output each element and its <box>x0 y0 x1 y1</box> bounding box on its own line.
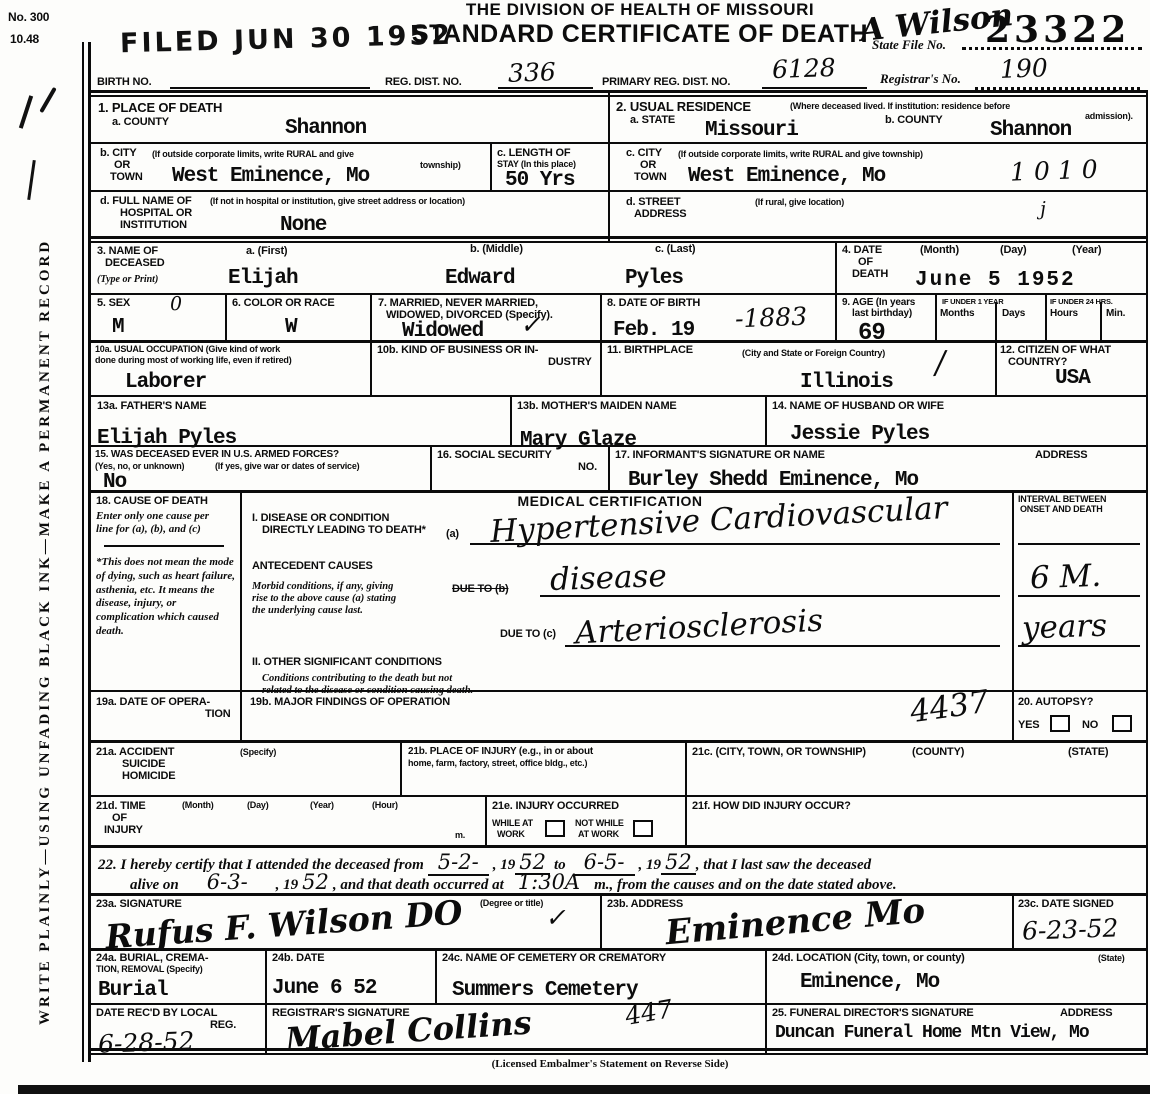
rule <box>90 795 1148 797</box>
residence-city-label-town: TOWN <box>634 171 667 184</box>
name-last-label: c. (Last) <box>655 243 695 256</box>
autopsy-yes-label: YES <box>1018 719 1039 732</box>
rule <box>90 395 1148 397</box>
age-value: 69 <box>858 322 885 346</box>
certify-alive-value: 6-3- <box>183 872 272 895</box>
embalmer-note: (Licensed Embalmer's Statement on Revers… <box>400 1058 820 1070</box>
primary-reg-value: 6128 <box>772 55 836 82</box>
not-while-label2: AT WORK <box>578 829 619 839</box>
rule <box>400 740 402 795</box>
occupation-value: Laborer <box>125 372 206 393</box>
rule <box>90 142 1148 144</box>
birth-no-blank <box>170 86 370 89</box>
rule <box>1012 490 1014 740</box>
name-label3: (Type or Print) <box>97 274 158 287</box>
date-operation-label: 19a. DATE OF OPERA- <box>96 696 210 709</box>
birthplace-value: Illinois <box>800 372 893 393</box>
date-operation-label2: TION <box>205 708 230 721</box>
rule <box>90 1003 1148 1005</box>
certify-19c: , 19 <box>276 876 299 894</box>
street-address-note: (If rural, give location) <box>755 197 844 207</box>
spouse-value: Jessie Pyles <box>790 424 929 445</box>
business-label: 10b. KIND OF BUSINESS OR IN- <box>377 344 538 357</box>
date-recd-value: 6-28-52 <box>98 1028 195 1056</box>
funeral-director-label: 25. FUNERAL DIRECTOR'S SIGNATURE <box>772 1007 974 1020</box>
cause-note3: *This does not mean the mode of dying, s… <box>96 556 236 639</box>
spouse-label: 14. NAME OF HUSBAND OR WIFE <box>772 400 944 413</box>
rule <box>430 445 432 490</box>
rule <box>90 293 1148 295</box>
hospital-note: (If not in hospital or institution, give… <box>210 196 465 206</box>
not-while-label: NOT WHILE <box>575 818 624 828</box>
time-hour-label: (Hour) <box>372 800 398 810</box>
age-under-year-label: IF UNDER 1 YEAR <box>942 298 1003 307</box>
usual-residence-note2: admission). <box>1085 111 1133 121</box>
time-injury-label3: INJURY <box>104 824 143 837</box>
form-title-line2: STANDARD CERTIFICATE OF DEATH <box>360 20 920 49</box>
while-at-work-label: WHILE AT <box>492 818 533 828</box>
due-to-c-tag: DUE TO (c) <box>500 628 556 641</box>
cause-note2: line for (a), (b), and (c) <box>96 523 201 537</box>
state-file-no-value: 23322 <box>985 12 1130 48</box>
physician-signature-label: 23a. SIGNATURE <box>96 898 182 911</box>
cause-note1: Enter only one cause per <box>96 510 209 524</box>
funeral-director-value: Duncan Funeral Home Mtn View, Mo <box>775 1024 1089 1042</box>
birthplace-hand-mark: / <box>934 348 946 379</box>
burial-location-state-label: (State) <box>1098 953 1125 963</box>
cemetery-label: 24c. NAME OF CEMETERY OR CREMATORY <box>442 952 666 965</box>
date-signed-value: 6-23-52 <box>1022 915 1119 943</box>
while-at-work-checkbox <box>545 820 565 837</box>
rule <box>370 293 372 340</box>
findings-hand: 4437 <box>908 687 990 729</box>
accident-label3: HOMICIDE <box>122 770 175 783</box>
sex-value: M <box>112 317 124 338</box>
interval-c-value: years <box>1021 611 1107 645</box>
state-file-no-label: State File No. <box>872 38 946 51</box>
usual-residence-note: (Where deceased lived. If institution: r… <box>790 101 1010 111</box>
not-while-checkbox <box>633 820 653 837</box>
physician-signature-check: ✓ <box>545 905 567 931</box>
name-middle-value: Edward <box>445 268 515 289</box>
mother-label: 13b. MOTHER'S MAIDEN NAME <box>517 400 677 413</box>
place-of-death-title: 1. PLACE OF DEATH <box>98 100 222 115</box>
physician-address-label: 23b. ADDRESS <box>607 898 683 911</box>
hospital-label3: INSTITUTION <box>120 219 187 232</box>
occupation-label2: done during most of working life, even i… <box>95 355 292 366</box>
dod-value: June 5 1952 <box>915 270 1076 291</box>
residence-state-value: Missouri <box>705 120 798 141</box>
armed-forces-note2: (If yes, give war or dates of service) <box>215 461 359 471</box>
interval-label2: ONSET AND DEATH <box>1020 504 1103 515</box>
rule <box>1045 293 1047 340</box>
due-to-c-value: Arteriosclerosis <box>574 606 823 650</box>
registrar-no-value: 190 <box>1000 55 1049 82</box>
dod-day-label: (Day) <box>1000 244 1027 257</box>
margin-rule <box>82 42 84 1062</box>
armed-forces-value: No <box>103 472 126 493</box>
pen-mark <box>27 160 36 200</box>
rule <box>600 340 602 395</box>
rule <box>90 190 1148 192</box>
burial-location-value: Eminence, Mo <box>800 972 939 993</box>
burial-value: Burial <box>98 980 168 1001</box>
rule <box>765 395 767 445</box>
armed-forces-note1: (Yes, no, or unknown) <box>95 461 184 471</box>
burial-date-value: June 6 52 <box>272 978 376 999</box>
burial-date-label: 24b. DATE <box>272 952 324 965</box>
street-address-hand: j <box>1040 200 1047 219</box>
injury-occurred-label: 21e. INJURY OCCURRED <box>492 800 619 813</box>
place-county-value: Shannon <box>285 118 366 139</box>
date-signed-label: 23c. DATE SIGNED <box>1018 898 1114 911</box>
rule <box>995 340 997 395</box>
registrar-no-label: Registrar's No. <box>880 72 961 85</box>
ssn-label: 16. SOCIAL SECURITY <box>437 449 552 462</box>
physician-address-value: Eminence Mo <box>664 894 926 951</box>
rule <box>90 948 1148 951</box>
rule <box>90 845 1148 848</box>
length-of-stay-value: 50 Yrs <box>505 170 575 191</box>
burial-label2: TION, REMOVAL (Specify) <box>96 964 203 975</box>
interval-a-value: 6 M. <box>1029 561 1101 594</box>
age-months-label: Months <box>940 308 974 320</box>
informant-address-label: ADDRESS <box>1035 449 1087 462</box>
rule <box>485 795 487 845</box>
pen-mark <box>39 87 56 113</box>
rule <box>1146 90 1148 1053</box>
rule <box>265 948 267 1053</box>
reg-dist-value: 336 <box>508 59 557 86</box>
informant-value: Burley Shedd Eminence, Mo <box>628 470 918 491</box>
rule <box>90 90 1148 93</box>
rule <box>225 293 227 340</box>
rule <box>435 948 437 1003</box>
time-m-label: m. <box>455 830 465 840</box>
rule <box>370 340 372 395</box>
mother-value: Mary Glaze <box>520 430 636 451</box>
rule <box>935 293 937 340</box>
time-day-label: (Day) <box>247 800 269 810</box>
findings-label: 19b. MAJOR FINDINGS OF OPERATION <box>250 696 450 709</box>
ssn-label2: NO. <box>578 461 597 474</box>
dod-month-label: (Month) <box>920 244 959 257</box>
accident-note: (Specify) <box>240 747 276 757</box>
rule <box>90 95 1148 97</box>
marital-check: ✓ <box>520 312 542 338</box>
place-county-label: a. COUNTY <box>112 116 169 129</box>
place-city-value: West Eminence, Mo <box>172 166 369 187</box>
residence-city-value: West Eminence, Mo <box>688 166 885 187</box>
form-revision: 10.48 <box>10 32 39 46</box>
rule <box>90 690 1148 692</box>
rule <box>600 293 602 340</box>
street-address-label2: ADDRESS <box>634 208 686 221</box>
rule <box>510 395 512 445</box>
age-label2: last birthday) <box>852 308 912 320</box>
margin-rule <box>88 42 91 1062</box>
rule <box>90 241 1148 243</box>
informant-label: 17. INFORMANT'S SIGNATURE OR NAME <box>615 449 825 462</box>
reg-dist-label: REG. DIST. NO. <box>385 76 462 89</box>
age-days-label: Days <box>1002 308 1025 320</box>
father-value: Elijah Pyles <box>97 428 236 449</box>
burial-location-label: 24d. LOCATION (City, town, or county) <box>772 952 965 965</box>
residence-city-note: (If outside corporate limits, write RURA… <box>678 149 923 159</box>
disease-a-tag: (a) <box>446 528 459 541</box>
cemetery-value: Summers Cemetery <box>452 980 638 1001</box>
rule <box>540 595 1000 597</box>
rule <box>470 543 1000 545</box>
rule <box>835 241 837 293</box>
death-certificate-scan: No. 300 10.48 WRITE PLAINLY—USING UNFADI… <box>0 0 1150 1094</box>
how-injury-label: 21f. HOW DID INJURY OCCUR? <box>692 800 851 813</box>
name-label2: DECEASED <box>105 257 165 270</box>
rule <box>565 645 1000 647</box>
rule <box>90 1053 1148 1055</box>
due-to-b-tag: DUE TO (b) <box>452 583 508 596</box>
degree-title-label: (Degree or title) <box>480 898 543 908</box>
age-min-label: Min. <box>1106 308 1125 320</box>
date-recd-label2: REG. <box>210 1019 236 1032</box>
occupation-label: 10a. USUAL OCCUPATION (Give kind of work <box>95 344 280 355</box>
registrar-hand-number: 447 <box>623 996 674 1029</box>
citizen-value: USA <box>1055 368 1090 389</box>
injury-state-label: (STATE) <box>1068 746 1108 759</box>
other-conditions-label: II. OTHER SIGNIFICANT CONDITIONS <box>252 656 442 669</box>
race-label: 6. COLOR OR RACE <box>232 297 335 310</box>
place-city-label-town: TOWN <box>110 171 143 184</box>
marital-value: Widowed <box>402 321 483 342</box>
sex-label: 5. SEX <box>97 297 130 310</box>
while-at-work-label2: WORK <box>497 829 525 839</box>
rule <box>490 142 492 190</box>
autopsy-label: 20. AUTOPSY? <box>1018 696 1093 709</box>
birthplace-note: (City and State or Foreign Country) <box>742 348 885 358</box>
rule <box>835 293 837 340</box>
date-recd-label: DATE REC'D BY LOCAL <box>96 1007 217 1020</box>
rule <box>104 545 224 547</box>
primary-reg-blank <box>762 86 867 89</box>
cause-of-death-label: 18. CAUSE OF DEATH <box>96 495 208 508</box>
hospital-value: None <box>280 215 326 236</box>
rule <box>765 948 767 1053</box>
certify-alive-year: 52 <box>298 872 333 895</box>
dod-year-label: (Year) <box>1072 244 1101 257</box>
business-label2: DUSTRY <box>548 356 592 369</box>
due-to-b-value: disease <box>549 561 667 596</box>
form-number: No. 300 <box>8 10 49 24</box>
rule <box>995 302 997 340</box>
certify-death-word: , and that death occurred at <box>333 876 504 894</box>
name-first-label: a. (First) <box>246 245 287 258</box>
age-under-day-label: IF UNDER 24 HRS. <box>1050 298 1113 307</box>
antecedent-note3: the underlying cause last. <box>252 604 363 617</box>
dob-value: Feb. 19 <box>613 320 694 341</box>
rule <box>1100 302 1102 340</box>
rule <box>685 740 687 845</box>
certify-alive-word: alive on <box>130 876 179 894</box>
birthplace-label: 11. BIRTHPLACE <box>607 344 693 357</box>
dob-hand: -1883 <box>735 304 808 332</box>
rule <box>1018 543 1140 545</box>
certify-time-value: 1:30A <box>508 872 590 896</box>
rule <box>90 236 1148 239</box>
dod-label3: DEATH <box>852 268 888 281</box>
pen-mark <box>19 95 33 129</box>
usual-residence-title: 2. USUAL RESIDENCE <box>616 99 751 114</box>
certify-m-word: m., from the causes and on the date stat… <box>594 876 897 894</box>
race-value: W <box>285 317 297 338</box>
name-middle-label: b. (Middle) <box>470 243 523 256</box>
margin-instruction-text: WRITE PLAINLY—USING UNFADING BLACK INK—M… <box>38 165 53 1025</box>
time-month-label: (Month) <box>182 800 214 810</box>
residence-county-value: Shannon <box>990 120 1071 141</box>
place-city-note2: township) <box>420 160 461 170</box>
time-year-label: (Year) <box>310 800 334 810</box>
rule <box>1018 595 1140 597</box>
residence-county-label: b. COUNTY <box>885 114 942 127</box>
injury-city-label: 21c. (CITY, TOWN, OR TOWNSHIP) <box>692 746 866 759</box>
name-first-value: Elijah <box>228 268 298 289</box>
rule <box>1018 645 1140 647</box>
funeral-director-address-label: ADDRESS <box>1060 1007 1112 1020</box>
sex-hand-mark: 0 <box>170 295 183 314</box>
residence-city-hand: 1010 <box>1010 156 1106 184</box>
reg-dist-blank <box>498 86 593 89</box>
rule <box>608 90 610 241</box>
rule <box>240 490 242 740</box>
autopsy-no-checkbox <box>1112 715 1132 732</box>
disease-label2: DIRECTLY LEADING TO DEATH* <box>262 524 426 537</box>
injury-county-label: (COUNTY) <box>912 746 964 759</box>
autopsy-yes-checkbox <box>1050 715 1070 732</box>
rule <box>600 893 602 948</box>
age-hours-label: Hours <box>1050 308 1078 320</box>
father-label: 13a. FATHER'S NAME <box>97 400 206 413</box>
dob-label: 8. DATE OF BIRTH <box>607 297 700 310</box>
autopsy-no-label: NO <box>1082 719 1098 732</box>
place-city-note: (If outside corporate limits, write RURA… <box>152 149 422 159</box>
rule <box>90 1048 1148 1051</box>
primary-reg-label: PRIMARY REG. DIST. NO. <box>602 76 730 89</box>
place-injury-label2: home, farm, factory, street, office bldg… <box>408 758 587 768</box>
form-title-line1: THE DIVISION OF HEALTH OF MISSOURI <box>360 0 920 20</box>
rule <box>90 740 1148 743</box>
rule <box>1012 893 1014 948</box>
residence-state-label: a. STATE <box>630 114 675 127</box>
name-last-value: Pyles <box>625 268 683 289</box>
antecedent-label: ANTECEDENT CAUSES <box>252 560 373 573</box>
place-injury-label: 21b. PLACE OF INJURY (e.g., in or about <box>408 746 593 758</box>
armed-forces-label: 15. WAS DECEASED EVER IN U.S. ARMED FORC… <box>95 449 339 461</box>
birth-no-label: BIRTH NO. <box>97 76 151 89</box>
scan-edge-bar <box>18 1085 1150 1094</box>
